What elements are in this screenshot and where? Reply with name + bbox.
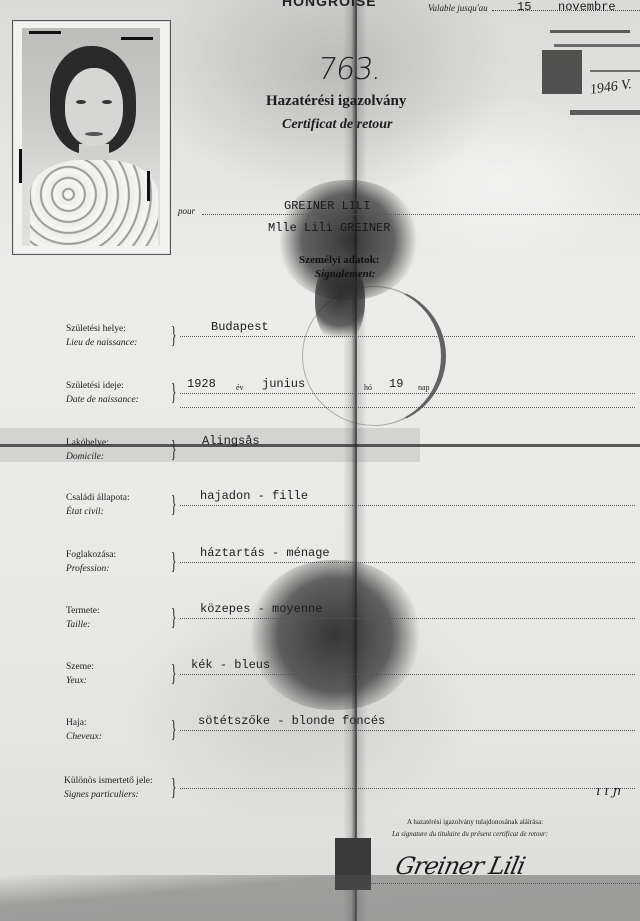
rectangular-stamp bbox=[540, 22, 640, 118]
field-civil-status: Családi állapota: État civil: } hajadon … bbox=[0, 493, 640, 533]
holder-signature: Greiner Lili bbox=[393, 852, 527, 880]
field-distinguishing-marks: Különös ismertető jele: Signes particuli… bbox=[0, 776, 640, 816]
name-line bbox=[202, 214, 640, 215]
validity-label: Valable jusqu'au bbox=[428, 3, 488, 13]
field-birthplace: Születési helye: Lieu de naissance: } Bu… bbox=[0, 324, 640, 364]
height-value: közepes - moyenne bbox=[200, 602, 322, 616]
hair-value: sötétszőke - blonde foncés bbox=[198, 714, 385, 728]
field-height: Termete: Taille: } közepes - moyenne bbox=[0, 606, 640, 646]
validity-day: 15 bbox=[517, 0, 531, 14]
eyes-value: kék - bleus bbox=[191, 658, 270, 672]
holder-photo bbox=[12, 20, 171, 255]
margin-handwriting: ı ı ɲ bbox=[596, 784, 621, 799]
birth-day: 19 bbox=[389, 377, 403, 391]
serial-number: 763. bbox=[316, 52, 384, 87]
domicile-value: Alingsås bbox=[202, 434, 260, 448]
personal-data-heading: Személyi adatok: bbox=[299, 254, 379, 266]
signature-caption-hungarian: A hazatérési igazolvány tulajdonosának a… bbox=[407, 818, 543, 826]
header-fragment: HONGROISE bbox=[282, 0, 377, 9]
signalement-heading: Signalement: bbox=[315, 268, 376, 280]
signature-caption-french: La signature du titulaire du présent cer… bbox=[392, 830, 548, 838]
signature-line bbox=[370, 883, 640, 884]
field-domicile: Lakóhelye: Domicile: } Alingsås bbox=[0, 438, 640, 478]
holder-name-primary: GREINER LILI bbox=[284, 199, 370, 213]
field-hair: Haja: Cheveux: } sötétszőke - blonde fon… bbox=[0, 718, 640, 758]
civil-status-value: hajadon - fille bbox=[200, 489, 308, 503]
profession-value: háztartás - ménage bbox=[200, 546, 330, 560]
holder-name-secondary: Mlle Lili GREINER bbox=[268, 221, 390, 235]
field-eyes: Szeme: Yeux: } kék - bleus bbox=[0, 662, 640, 702]
birth-year: 1928 bbox=[187, 377, 216, 391]
birthplace-value: Budapest bbox=[211, 320, 269, 334]
page-edge-shadow bbox=[0, 875, 640, 921]
birth-month: junius bbox=[262, 377, 305, 391]
pour-label: pour bbox=[178, 206, 195, 216]
title-french: Certificat de retour bbox=[282, 117, 392, 133]
title-hungarian: Hazatérési igazolvány bbox=[266, 93, 406, 110]
field-birthdate: Születési ideje: Date de naissance: } 19… bbox=[0, 381, 640, 421]
validity-month: novembre bbox=[558, 0, 616, 14]
field-profession: Foglakozása: Profession: } háztartás - m… bbox=[0, 550, 640, 590]
